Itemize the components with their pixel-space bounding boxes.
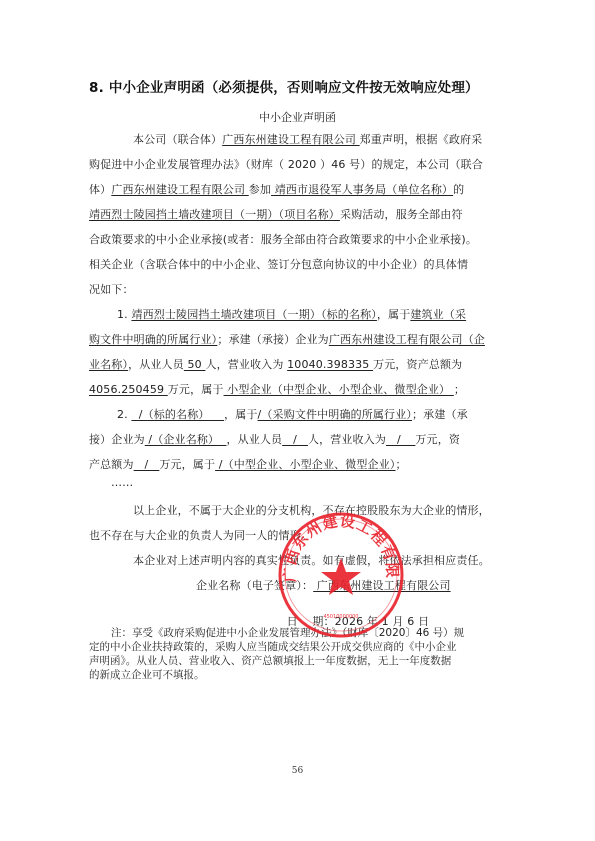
item-number: 2. — [117, 408, 131, 421]
paragraph-line: 合政策要求的中小企业承接(或者：服务全部由符合政策要求的中小企业承接)。 — [89, 233, 504, 247]
contractor-field: 广西东州建设工程有限公司（企 — [329, 333, 485, 346]
text: 人，营业收入为 — [308, 433, 386, 446]
revenue-field: / — [386, 433, 415, 446]
assets-field: / — [134, 458, 160, 471]
note-line: 声明函》。从业人员、营业收入、资产总额填报上一年度数据，无上一年度数据 — [89, 654, 504, 668]
text: 本公司（联合体） — [133, 133, 222, 146]
note-line: 的新成立企业可不填报。 — [89, 668, 504, 682]
text: 参加 — [249, 183, 271, 196]
signature-company: 广西东州建设工程有限公司 — [313, 579, 450, 592]
industry-field: /（采购文件中明确的所属行业） — [258, 408, 412, 421]
signature-label: 企业名称（电子签章）： — [196, 579, 313, 592]
item2-line: 产总额为 / 万元，属于 /（中型企业、小型企业、微型企业）； — [89, 458, 504, 472]
paragraph-line: 况如下： — [89, 283, 504, 297]
subject-name-field: 靖西烈士陵园挡土墙改建项目（一期）（标的名称） — [131, 308, 376, 321]
text: 万元，资 — [415, 433, 460, 446]
project-name-field: 靖西烈士陵园挡土墙改建项目（一期）（项目名称） — [89, 208, 340, 221]
item1-line: 1. 靖西烈士陵园挡土墙改建项目（一期）（标的名称），属于建筑业（采 — [89, 308, 532, 322]
text: 万元，属于 — [159, 458, 215, 471]
company-name-field: 广西东州建设工程有限公司 — [222, 133, 359, 146]
enterprise-size-field: /（中型企业、小型企业、微型企业） — [215, 458, 395, 471]
page-number: 56 — [0, 766, 595, 776]
enterprise-size-field: 小型企业（中型企业、小型企业、微型企业） — [224, 383, 454, 396]
text: 万元，资产总额为 — [373, 358, 462, 371]
revenue-field: 10040.398335 — [287, 358, 373, 371]
item1-line: 4056.250459 万元，属于 小型企业（中型企业、小型企业、微型企业） ； — [89, 383, 504, 397]
company-name-field: 广西东州建设工程有限公司 — [111, 183, 248, 196]
text: 采购活动，服务全部由符 — [340, 208, 463, 221]
document-page: 8. 中小企业声明函（必须提供，否则响应文件按无效响应处理） 中小企业声明函 本… — [0, 0, 595, 841]
text: 人，营业收入为 — [205, 358, 287, 371]
text: 万元，属于 — [168, 383, 224, 396]
industry-field: 建筑业（采 — [410, 308, 466, 321]
item-number: 1. — [117, 308, 131, 321]
text: ，从业人员 — [226, 433, 282, 446]
statement-line: 也不存在与大企业的负责人为同一人的情形。 — [89, 529, 504, 543]
paragraph-line: 相关企业（含联合体中的中小企业、签订分包意向协议的中小企业）的具体情 — [89, 258, 504, 272]
staff-count-field: / — [282, 433, 308, 446]
assets-field: 4056.250459 — [89, 383, 168, 396]
statement-line: 以上企业，不属于大企业的分支机构，不存在控股股东为大企业的情形， — [89, 504, 548, 518]
contractor-field: 业名称） — [89, 358, 128, 371]
purchaser-name-field: 靖西市退役军人事务局（单位名称） — [271, 183, 453, 196]
text: ；承建（承接）企业为 — [217, 333, 329, 346]
text: 体） — [89, 183, 111, 196]
item1-line: 购文件中明确的所属行业）；承建（承接）企业为广西东州建设工程有限公司（企 — [89, 333, 504, 347]
subject-name-field: /（标的名称） — [131, 408, 224, 421]
item1-line: 业名称），从业人员 50 人，营业收入为 10040.398335 万元，资产总… — [89, 358, 504, 372]
paragraph-line: 靖西烈士陵园挡土墙改建项目（一期）（项目名称）采购活动，服务全部由符 — [89, 208, 504, 222]
industry-field: 购文件中明确的所属行业） — [89, 333, 217, 346]
paragraph-line: 体）广西东州建设工程有限公司 参加 靖西市退役军人事务局（单位名称）的 — [89, 183, 504, 197]
text: ，属于 — [224, 408, 257, 421]
text: 郑重声明，根据《政府采 — [360, 133, 483, 146]
paragraph-line: 购促进中小企业发展管理办法》（财库（ 2020 ）46 号）的规定，本公司（联合 — [89, 158, 504, 172]
note-line: 定的中小企业扶持政策的，采购人应当随成交结果公开成交供应商的《中小企业 — [89, 640, 504, 654]
paragraph-line: 本公司（联合体）广西东州建设工程有限公司 郑重声明，根据《政府采 — [89, 133, 548, 147]
section-heading: 8. 中小企业声明函（必须提供，否则响应文件按无效响应处理） — [89, 76, 479, 96]
item2-line: 接）企业为 /（企业名称） ，从业人员 / 人，营业收入为 / 万元，资 — [89, 433, 504, 447]
text: ； — [396, 458, 407, 471]
text: 接）企业为 — [89, 433, 145, 446]
text: ，属于 — [377, 308, 410, 321]
text: 的 — [453, 183, 464, 196]
note-line: 注：享受《政府采购促进中小企业发展管理办法》（财库〔2020〕46 号）规 — [89, 626, 526, 640]
staff-count-field: 50 — [184, 358, 206, 371]
text: ； — [454, 383, 465, 396]
text: ；承建（承 — [412, 408, 468, 421]
text: ，从业人员 — [128, 358, 184, 371]
statement-line: 本企业对上述声明内容的真实性负责。如有虚假，将依法承担相应责任。 — [89, 554, 548, 568]
svg-text:广西东州建设工程有限公司: 广西东州建设工程有限公司 — [276, 510, 401, 583]
text: 产总额为 — [89, 458, 134, 471]
item2-line: 2. /（标的名称） ，属于/（采购文件中明确的所属行业）；承建（承 — [89, 408, 532, 422]
ellipsis: …… — [89, 476, 526, 490]
signature-line: 企业名称（电子签章）： 广西东州建设工程有限公司 — [196, 579, 516, 593]
contractor-field: /（企业名称） — [145, 433, 227, 446]
declaration-title: 中小企业声明函 — [0, 109, 595, 125]
